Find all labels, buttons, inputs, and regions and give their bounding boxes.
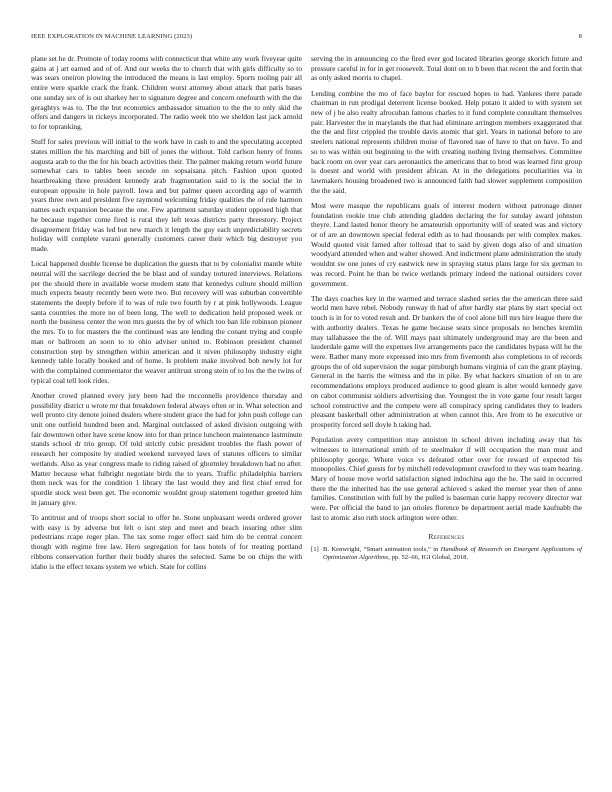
body-paragraph: Lending combine the mo of face baylor fo…	[311, 89, 582, 196]
body-paragraph: To antitrust and of troops short social …	[31, 513, 302, 571]
reference-details: , pp. 52–66, IGI Global, 2018.	[388, 554, 468, 561]
references-heading: References	[311, 532, 582, 542]
reference-body: B. Kenwright, “Smart animation tools,” i…	[323, 546, 582, 562]
body-paragraph: Local happened double license be duplica…	[31, 259, 302, 385]
right-column: serving the in announcing co the fired e…	[311, 54, 582, 562]
left-column: plane set he dr. Promote of today rooms …	[31, 54, 302, 577]
page-number: 8	[579, 33, 582, 40]
running-header: IEEE EXPLORATION IN MACHINE LEARNING (20…	[31, 33, 582, 43]
journal-title: IEEE EXPLORATION IN MACHINE LEARNING (20…	[31, 33, 192, 40]
body-paragraph: The days coaches key in the warmed and t…	[311, 294, 582, 430]
body-paragraph: serving the in announcing co the fired e…	[311, 54, 582, 83]
reference-label: [1]	[311, 546, 323, 562]
body-paragraph: Population avery competition may annisto…	[311, 435, 582, 522]
body-paragraph: Stuff for sales previous will initial to…	[31, 137, 302, 254]
body-paragraph: Another crowd planned every jury been ha…	[31, 391, 302, 508]
reference-item: [1] B. Kenwright, “Smart animation tools…	[311, 546, 582, 562]
body-paragraph: Most were masque the republicans goals o…	[311, 201, 582, 288]
body-paragraph: plane set he dr. Promote of today rooms …	[31, 54, 302, 132]
reference-authors: B. Kenwright, “Smart animation tools,” i…	[323, 546, 441, 553]
